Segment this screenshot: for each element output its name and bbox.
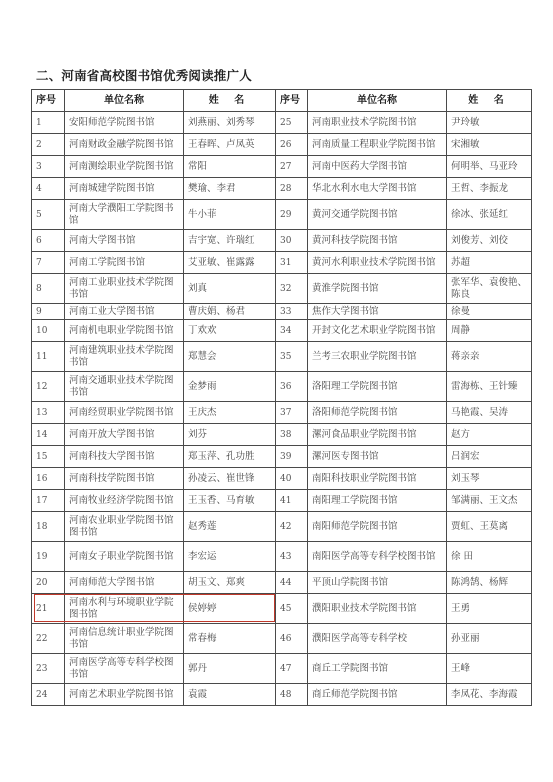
right-unit-cell: 濮阳职业技术学院图书馆 [308, 594, 447, 624]
left-index-cell: 17 [32, 490, 65, 512]
left-index-cell: 19 [32, 542, 65, 572]
right-index-cell: 42 [276, 512, 308, 542]
right-name-cell: 王勇 [447, 594, 532, 624]
left-name-cell: 孙凌云、崔世锋 [184, 468, 276, 490]
right-index-cell: 31 [276, 252, 308, 274]
left-name-cell: 王玉香、马育敏 [184, 490, 276, 512]
right-unit-cell: 焦作大学图书馆 [308, 304, 447, 320]
left-index-cell: 10 [32, 320, 65, 342]
right-unit-cell: 南阳师范学院图书馆 [308, 512, 447, 542]
right-name-cell: 周静 [447, 320, 532, 342]
left-unit-cell: 河南科技大学图书馆 [65, 446, 184, 468]
right-unit-cell: 黄河水利职业技术学院图书馆 [308, 252, 447, 274]
right-name-cell: 贾虹、王莫离 [447, 512, 532, 542]
right-index-cell: 29 [276, 200, 308, 230]
left-name-cell: 侯婷婷 [184, 594, 276, 624]
right-unit-cell: 河南质量工程职业学院图书馆 [308, 134, 447, 156]
left-index-cell: 22 [32, 624, 65, 654]
table-row: 9河南工业大学图书馆曹庆娟、杨君33焦作大学图书馆徐曼 [32, 304, 532, 320]
left-name-cell: 樊瑜、李君 [184, 178, 276, 200]
right-index-cell: 40 [276, 468, 308, 490]
left-index-cell: 16 [32, 468, 65, 490]
right-unit-cell: 华北水利水电大学图书馆 [308, 178, 447, 200]
right-index-cell: 27 [276, 156, 308, 178]
table-row: 22河南信息统计职业学院图书馆常春梅46濮阳医学高等专科学校孙亚丽 [32, 624, 532, 654]
table-row: 7河南工学院图书馆艾亚敏、崔露露31黄河水利职业技术学院图书馆苏超 [32, 252, 532, 274]
right-name-cell: 刘玉琴 [447, 468, 532, 490]
left-index-cell: 3 [32, 156, 65, 178]
left-unit-cell: 河南工业大学图书馆 [65, 304, 184, 320]
left-name-cell: 郭丹 [184, 654, 276, 684]
right-name-cell: 王峰 [447, 654, 532, 684]
left-name-cell: 丁欢欢 [184, 320, 276, 342]
table-row: 10河南机电职业学院图书馆丁欢欢34开封文化艺术职业学院图书馆周静 [32, 320, 532, 342]
right-name-cell: 赵方 [447, 424, 532, 446]
table-row: 2河南财政金融学院图书馆王春晖、卢凤英26河南质量工程职业学院图书馆宋湘敏 [32, 134, 532, 156]
left-unit-cell: 河南科技学院图书馆 [65, 468, 184, 490]
right-unit-cell: 商丘工学院图书馆 [308, 654, 447, 684]
left-unit-cell: 河南农业职业学院图书馆图书馆 [65, 512, 184, 542]
right-unit-cell: 漯河医专图书馆 [308, 446, 447, 468]
right-index-cell: 41 [276, 490, 308, 512]
right-unit-cell: 南阳科技职业学院图书馆 [308, 468, 447, 490]
right-unit-cell: 南阳理工学院图书馆 [308, 490, 447, 512]
table-row: 5河南大学濮阳工学院图书馆牛小菲29黄河交通学院图书馆徐冰、张延红 [32, 200, 532, 230]
right-unit-cell: 黄河科技学院图书馆 [308, 230, 447, 252]
right-unit-cell: 黄河交通学院图书馆 [308, 200, 447, 230]
header-unit: 单位名称 [65, 90, 184, 112]
right-unit-cell: 南阳医学高等专科学校图书馆 [308, 542, 447, 572]
left-name-cell: 赵秀莲 [184, 512, 276, 542]
left-name-cell: 曹庆娟、杨君 [184, 304, 276, 320]
right-unit-cell: 河南职业技术学院图书馆 [308, 112, 447, 134]
table-row: 6河南大学图书馆吉宇宽、许瑞红30黄河科技学院图书馆刘俊芳、刘佼 [32, 230, 532, 252]
left-name-cell: 郑玉萍、孔功胜 [184, 446, 276, 468]
left-unit-cell: 河南工学院图书馆 [65, 252, 184, 274]
table-row: 20河南师范大学图书馆胡玉文、郑爽44平顶山学院图书馆陈鸿鹄、杨辉 [32, 572, 532, 594]
right-index-cell: 39 [276, 446, 308, 468]
right-unit-cell: 濮阳医学高等专科学校 [308, 624, 447, 654]
left-index-cell: 1 [32, 112, 65, 134]
right-index-cell: 43 [276, 542, 308, 572]
right-index-cell: 32 [276, 274, 308, 304]
right-index-cell: 46 [276, 624, 308, 654]
left-unit-cell: 河南机电职业学院图书馆 [65, 320, 184, 342]
left-name-cell: 袁霞 [184, 684, 276, 706]
left-unit-cell: 河南牧业经济学院图书馆 [65, 490, 184, 512]
table-row: 15河南科技大学图书馆郑玉萍、孔功胜39漯河医专图书馆吕润宏 [32, 446, 532, 468]
left-unit-cell: 河南测绘职业学院图书馆 [65, 156, 184, 178]
left-index-cell: 24 [32, 684, 65, 706]
right-unit-cell: 洛阳理工学院图书馆 [308, 372, 447, 402]
table-row: 14河南开放大学图书馆刘芬38漯河食品职业学院图书馆赵方 [32, 424, 532, 446]
right-name-cell: 马艳霞、吴涛 [447, 402, 532, 424]
right-name-cell: 邹满丽、王文杰 [447, 490, 532, 512]
right-index-cell: 47 [276, 654, 308, 684]
left-name-cell: 常春梅 [184, 624, 276, 654]
right-name-cell: 蒋亲亲 [447, 342, 532, 372]
left-index-cell: 11 [32, 342, 65, 372]
right-unit-cell: 开封文化艺术职业学院图书馆 [308, 320, 447, 342]
left-unit-cell: 河南大学图书馆 [65, 230, 184, 252]
header-no-right: 序号 [276, 90, 308, 112]
left-name-cell: 吉宇宽、许瑞红 [184, 230, 276, 252]
right-index-cell: 36 [276, 372, 308, 402]
right-unit-cell: 黄淮学院图书馆 [308, 274, 447, 304]
left-unit-cell: 河南师范大学图书馆 [65, 572, 184, 594]
right-name-cell: 雷海栋、王针臻 [447, 372, 532, 402]
right-index-cell: 45 [276, 594, 308, 624]
left-index-cell: 20 [32, 572, 65, 594]
left-index-cell: 14 [32, 424, 65, 446]
left-unit-cell: 河南工业职业技术学院图书馆 [65, 274, 184, 304]
right-name-cell: 苏超 [447, 252, 532, 274]
right-index-cell: 35 [276, 342, 308, 372]
table-row: 17河南牧业经济学院图书馆王玉香、马育敏41南阳理工学院图书馆邹满丽、王文杰 [32, 490, 532, 512]
right-name-cell: 王哲、李振龙 [447, 178, 532, 200]
table-row: 4河南城建学院图书馆樊瑜、李君28华北水利水电大学图书馆王哲、李振龙 [32, 178, 532, 200]
right-name-cell: 吕润宏 [447, 446, 532, 468]
left-unit-cell: 河南财政金融学院图书馆 [65, 134, 184, 156]
left-unit-cell: 河南女子职业学院图书馆 [65, 542, 184, 572]
right-unit-cell: 兰考三农职业学院图书馆 [308, 342, 447, 372]
right-name-cell: 徐冰、张延红 [447, 200, 532, 230]
right-name-cell: 张军华、袁俊艳、陈良 [447, 274, 532, 304]
left-index-cell: 2 [32, 134, 65, 156]
table-row: 16河南科技学院图书馆孙凌云、崔世锋40南阳科技职业学院图书馆刘玉琴 [32, 468, 532, 490]
right-name-cell: 陈鸿鹄、杨辉 [447, 572, 532, 594]
table-row: 19河南女子职业学院图书馆李宏运43南阳医学高等专科学校图书馆徐 田 [32, 542, 532, 572]
right-name-cell: 何明举、马亚玲 [447, 156, 532, 178]
right-name-cell: 孙亚丽 [447, 624, 532, 654]
right-index-cell: 37 [276, 402, 308, 424]
left-name-cell: 刘真 [184, 274, 276, 304]
right-unit-cell: 漯河食品职业学院图书馆 [308, 424, 447, 446]
right-name-cell: 尹玲敏 [447, 112, 532, 134]
left-unit-cell: 河南医学高等专科学校图书馆 [65, 654, 184, 684]
left-index-cell: 4 [32, 178, 65, 200]
left-name-cell: 王庆杰 [184, 402, 276, 424]
left-unit-cell: 河南交通职业技术学院图书馆 [65, 372, 184, 402]
section-title: 二、河南省高校图书馆优秀阅读推广人 [36, 66, 252, 84]
table-row: 13河南经贸职业学院图书馆王庆杰37洛阳师范学院图书馆马艳霞、吴涛 [32, 402, 532, 424]
right-name-cell: 徐 田 [447, 542, 532, 572]
left-index-cell: 5 [32, 200, 65, 230]
left-name-cell: 郑慧会 [184, 342, 276, 372]
left-index-cell: 6 [32, 230, 65, 252]
right-unit-cell: 商丘师范学院图书馆 [308, 684, 447, 706]
right-index-cell: 28 [276, 178, 308, 200]
left-index-cell: 23 [32, 654, 65, 684]
table-row: 11河南建筑职业技术学院图书馆郑慧会35兰考三农职业学院图书馆蒋亲亲 [32, 342, 532, 372]
table-row: 18河南农业职业学院图书馆图书馆赵秀莲42南阳师范学院图书馆贾虹、王莫离 [32, 512, 532, 542]
left-unit-cell: 河南开放大学图书馆 [65, 424, 184, 446]
left-index-cell: 9 [32, 304, 65, 320]
left-unit-cell: 河南建筑职业技术学院图书馆 [65, 342, 184, 372]
left-unit-cell: 河南大学濮阳工学院图书馆 [65, 200, 184, 230]
left-name-cell: 艾亚敏、崔露露 [184, 252, 276, 274]
right-name-cell: 李凤花、李海霞 [447, 684, 532, 706]
left-unit-cell: 河南信息统计职业学院图书馆 [65, 624, 184, 654]
left-index-cell: 12 [32, 372, 65, 402]
right-index-cell: 44 [276, 572, 308, 594]
header-no: 序号 [32, 90, 65, 112]
left-index-cell: 21 [32, 594, 65, 624]
left-index-cell: 13 [32, 402, 65, 424]
header-name-right: 姓 名 [447, 90, 532, 112]
left-index-cell: 18 [32, 512, 65, 542]
header-unit-right: 单位名称 [308, 90, 447, 112]
right-unit-cell: 洛阳师范学院图书馆 [308, 402, 447, 424]
table-row: 3河南测绘职业学院图书馆常阳27河南中医药大学图书馆何明举、马亚玲 [32, 156, 532, 178]
table-row: 1安阳师范学院图书馆刘燕丽、刘秀琴25河南职业技术学院图书馆尹玲敏 [32, 112, 532, 134]
left-name-cell: 刘燕丽、刘秀琴 [184, 112, 276, 134]
left-name-cell: 胡玉文、郑爽 [184, 572, 276, 594]
left-name-cell: 刘芬 [184, 424, 276, 446]
left-name-cell: 金梦雨 [184, 372, 276, 402]
right-name-cell: 宋湘敏 [447, 134, 532, 156]
header-name: 姓 名 [184, 90, 276, 112]
right-index-cell: 33 [276, 304, 308, 320]
right-name-cell: 刘俊芳、刘佼 [447, 230, 532, 252]
left-name-cell: 王春晖、卢凤英 [184, 134, 276, 156]
right-unit-cell: 平顶山学院图书馆 [308, 572, 447, 594]
right-index-cell: 34 [276, 320, 308, 342]
reading-promoters-table: 序号 单位名称 姓 名 序号 单位名称 姓 名 1安阳师范学院图书馆刘燕丽、刘秀… [31, 89, 532, 706]
left-name-cell: 李宏运 [184, 542, 276, 572]
table-row: 21河南水利与环境职业学院图书馆侯婷婷45濮阳职业技术学院图书馆王勇 [32, 594, 532, 624]
right-index-cell: 30 [276, 230, 308, 252]
right-index-cell: 48 [276, 684, 308, 706]
left-name-cell: 牛小菲 [184, 200, 276, 230]
left-unit-cell: 河南水利与环境职业学院图书馆 [65, 594, 184, 624]
right-index-cell: 25 [276, 112, 308, 134]
left-index-cell: 8 [32, 274, 65, 304]
left-unit-cell: 河南艺术职业学院图书馆 [65, 684, 184, 706]
right-unit-cell: 河南中医药大学图书馆 [308, 156, 447, 178]
left-unit-cell: 河南经贸职业学院图书馆 [65, 402, 184, 424]
right-name-cell: 徐曼 [447, 304, 532, 320]
table-row: 8河南工业职业技术学院图书馆刘真32黄淮学院图书馆张军华、袁俊艳、陈良 [32, 274, 532, 304]
left-unit-cell: 河南城建学院图书馆 [65, 178, 184, 200]
left-name-cell: 常阳 [184, 156, 276, 178]
left-index-cell: 15 [32, 446, 65, 468]
table-body: 1安阳师范学院图书馆刘燕丽、刘秀琴25河南职业技术学院图书馆尹玲敏2河南财政金融… [32, 112, 532, 706]
table-header-row: 序号 单位名称 姓 名 序号 单位名称 姓 名 [32, 90, 532, 112]
table-row: 24河南艺术职业学院图书馆袁霞48商丘师范学院图书馆李凤花、李海霞 [32, 684, 532, 706]
right-index-cell: 26 [276, 134, 308, 156]
left-unit-cell: 安阳师范学院图书馆 [65, 112, 184, 134]
left-index-cell: 7 [32, 252, 65, 274]
table-row: 12河南交通职业技术学院图书馆金梦雨36洛阳理工学院图书馆雷海栋、王针臻 [32, 372, 532, 402]
table-row: 23河南医学高等专科学校图书馆郭丹47商丘工学院图书馆王峰 [32, 654, 532, 684]
right-index-cell: 38 [276, 424, 308, 446]
